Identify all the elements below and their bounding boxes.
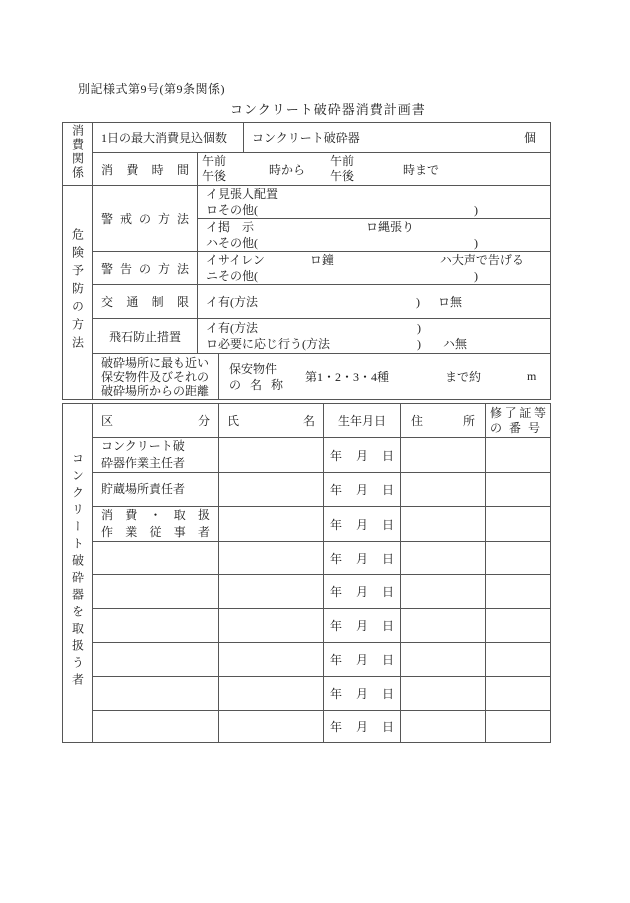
date-placeholder: 年 月 日	[324, 685, 400, 702]
storage-label: 貯蔵場所責任者	[93, 481, 218, 498]
guard-method-label: 警戒の方法	[93, 210, 197, 227]
max-daily-value: コンクリート破砕器	[252, 129, 360, 146]
name-input-cell	[219, 609, 324, 643]
cert-input-cell	[486, 711, 551, 743]
chief-label-l2: 砕器作業主任者	[93, 455, 218, 472]
warning-opt-shout: ハ大声で告げる	[440, 252, 524, 268]
row-label-worker: 消費・取扱 作業従事者	[93, 507, 219, 542]
birth-date-cell: 年 月 日	[324, 575, 401, 609]
security-object-kinds: 第1・2・3・4種	[305, 368, 389, 385]
am-label: 午前	[330, 154, 354, 169]
birth-date-cell: 年 月 日	[324, 643, 401, 677]
guard-opt-other-close: )	[474, 202, 478, 218]
traffic-opt-yes-open: イ有(方法	[206, 294, 258, 310]
security-object-label-l1: 破砕場所に最も近い	[93, 356, 218, 370]
time-label: 消費時間	[93, 161, 197, 178]
birth-date-cell: 年 月 日	[324, 542, 401, 575]
date-placeholder: 年 月 日	[324, 550, 400, 567]
row-label-blank	[93, 643, 219, 677]
header-name: 氏名	[219, 412, 323, 429]
name-input-cell	[219, 643, 324, 677]
cert-input-cell	[486, 677, 551, 711]
stone-prevention-label-cell: 飛石防止措置	[93, 319, 198, 354]
warning-opt-bell: ロ鐘	[310, 252, 334, 268]
guard-method-label-cell: 警戒の方法	[93, 186, 198, 252]
row-label-blank	[93, 609, 219, 643]
warning-method-options: イサイレン ロ鐘 ハ大声で告げる ニその他( )	[198, 252, 551, 285]
row-label-chief: コンクリート破 砕器作業主任者	[93, 438, 219, 473]
row-label-blank	[93, 542, 219, 575]
max-daily-value-cell: コンクリート破砕器 個	[244, 123, 551, 153]
date-placeholder: 年 月 日	[324, 447, 400, 464]
cert-input-cell	[486, 507, 551, 542]
traffic-limit-options: イ有(方法 ) ロ無	[198, 285, 551, 319]
traffic-limit-label: 交通制限	[93, 293, 197, 310]
stone-opt-yes-close: )	[417, 320, 421, 336]
stone-opt-none: ハ無	[443, 336, 467, 352]
guard-opt-other2-close: )	[474, 235, 478, 251]
cert-input-cell	[486, 575, 551, 609]
am-label: 午前	[202, 154, 226, 169]
security-object-value-cell: 保安物件 の名称 第1・2・3・4種 まで約 m	[219, 354, 551, 400]
stone-opt-asneeded-open: ロ必要に応じ行う(方法	[206, 336, 330, 352]
cert-input-cell	[486, 542, 551, 575]
date-placeholder: 年 月 日	[324, 617, 400, 634]
header-cert-cell: 修了証等 の番号	[486, 404, 551, 438]
date-placeholder: 年 月 日	[324, 516, 400, 533]
chief-label-l1: コンクリート破	[93, 438, 218, 455]
guard-opt-rope: ロ縄張り	[366, 219, 414, 235]
time-label-cell: 消費時間	[93, 153, 198, 186]
security-object-label-cell: 破砕場所に最も近い 保安物件及びそれの 破砕場所からの距離	[93, 354, 219, 400]
address-input-cell	[401, 609, 486, 643]
section-consumption-label: 消費関係	[72, 124, 84, 180]
address-input-cell	[401, 473, 486, 507]
max-daily-unit: 個	[524, 129, 536, 146]
security-object-label-l2: 保安物件及びそれの	[93, 370, 218, 384]
header-category: 区分	[93, 412, 218, 429]
cert-input-cell	[486, 473, 551, 507]
form-title: コンクリート破砕器消費計画書	[230, 99, 426, 118]
pm-label: 午後	[330, 169, 354, 184]
date-placeholder: 年 月 日	[324, 481, 400, 498]
header-cert-l2: の番号	[486, 421, 550, 436]
time-value-cell: 午前 午後 時から 午前 午後 時まで	[198, 153, 551, 186]
ampm-block-from: 午前 午後	[202, 154, 226, 184]
address-input-cell	[401, 507, 486, 542]
section-danger-label: 危険予防の方法	[72, 228, 84, 354]
birth-date-cell: 年 月 日	[324, 677, 401, 711]
name-input-cell	[219, 438, 324, 473]
time-to-label: 時まで	[403, 161, 439, 178]
security-object-name-l1: 保安物件	[229, 361, 283, 377]
stone-prevention-label: 飛石防止措置	[93, 328, 197, 345]
stone-opt-asneeded-close: )	[417, 336, 421, 352]
form-page: 別記様式第9号(第9条関係) コンクリート破砕器消費計画書 消費関係 1日の最大…	[0, 0, 630, 903]
cert-input-cell	[486, 609, 551, 643]
row-label-storage: 貯蔵場所責任者	[93, 473, 219, 507]
traffic-opt-yes-close: )	[416, 294, 420, 310]
security-object-name-block: 保安物件 の名称	[229, 361, 283, 393]
header-address: 住所	[401, 412, 485, 429]
date-placeholder: 年 月 日	[324, 718, 400, 735]
birth-date-cell: 年 月 日	[324, 507, 401, 542]
handlers-table: コンクリート破砕器を取扱う者 区分 氏名 生年月日 住所 修了証等 の番号 コン…	[62, 403, 551, 743]
name-input-cell	[219, 575, 324, 609]
cert-input-cell	[486, 643, 551, 677]
pm-label: 午後	[202, 169, 226, 184]
section-consumption-cell: 消費関係	[63, 123, 93, 186]
header-birth-cell: 生年月日	[324, 404, 401, 438]
address-input-cell	[401, 711, 486, 743]
worker-label-l2: 作業従事者	[93, 524, 218, 541]
warning-opt-siren: イサイレン	[206, 252, 265, 268]
birth-date-cell: 年 月 日	[324, 473, 401, 507]
max-daily-label: 1日の最大消費見込個数	[93, 129, 243, 146]
guard-opt-other2-open: ハその他(	[206, 235, 258, 251]
guard-opt-sign: イ掲 示	[206, 219, 254, 235]
row-label-blank	[93, 575, 219, 609]
header-birth: 生年月日	[324, 412, 400, 429]
address-input-cell	[401, 438, 486, 473]
birth-date-cell: 年 月 日	[324, 711, 401, 743]
address-input-cell	[401, 575, 486, 609]
address-input-cell	[401, 542, 486, 575]
time-from-label: 時から	[269, 161, 305, 178]
worker-label-l1: 消費・取扱	[93, 507, 218, 524]
ampm-block-to: 午前 午後	[330, 154, 354, 184]
address-input-cell	[401, 677, 486, 711]
birth-date-cell: 年 月 日	[324, 609, 401, 643]
security-object-distance-label: まで約	[445, 368, 481, 385]
warning-opt-other-open: ニその他(	[206, 268, 258, 284]
security-object-name-l2: の名称	[229, 377, 283, 393]
form-reference: 別記様式第9号(第9条関係)	[78, 80, 225, 97]
max-daily-label-cell: 1日の最大消費見込個数	[93, 123, 244, 153]
date-placeholder: 年 月 日	[324, 651, 400, 668]
section-handlers-label: コンクリート破砕器を取扱う者	[72, 452, 84, 690]
section-danger-cell: 危険予防の方法	[63, 186, 93, 400]
guard-opt-watchman: イ見張人配置	[206, 186, 278, 202]
traffic-limit-label-cell: 交通制限	[93, 285, 198, 319]
name-input-cell	[219, 507, 324, 542]
traffic-opt-no: ロ無	[438, 294, 462, 310]
date-placeholder: 年 月 日	[324, 583, 400, 600]
header-name-cell: 氏名	[219, 404, 324, 438]
address-input-cell	[401, 643, 486, 677]
header-category-cell: 区分	[93, 404, 219, 438]
header-cert-l1: 修了証等	[486, 406, 550, 421]
security-object-label-l3: 破砕場所からの距離	[93, 384, 218, 398]
consumption-plan-table: 消費関係 1日の最大消費見込個数 コンクリート破砕器 個 消費時間 午前	[62, 122, 551, 400]
name-input-cell	[219, 473, 324, 507]
header-address-cell: 住所	[401, 404, 486, 438]
warning-opt-other-close: )	[474, 268, 478, 284]
security-object-distance-unit: m	[527, 369, 536, 384]
warning-method-label-cell: 警告の方法	[93, 252, 198, 285]
cert-input-cell	[486, 438, 551, 473]
warning-method-label: 警告の方法	[93, 260, 197, 277]
section-handlers-cell: コンクリート破砕器を取扱う者	[63, 404, 93, 743]
name-input-cell	[219, 542, 324, 575]
guard-method-options-2: イ掲 示 ロ縄張り ハその他( )	[198, 219, 551, 252]
row-label-blank	[93, 711, 219, 743]
row-label-blank	[93, 677, 219, 711]
stone-prevention-options: イ有(方法 ) ロ必要に応じ行う(方法 ) ハ無	[198, 319, 551, 354]
name-input-cell	[219, 677, 324, 711]
guard-opt-other-open: ロその他(	[206, 202, 258, 218]
stone-opt-yes-open: イ有(方法	[206, 320, 258, 336]
birth-date-cell: 年 月 日	[324, 438, 401, 473]
name-input-cell	[219, 711, 324, 743]
guard-method-options-1: イ見張人配置 ロその他( )	[198, 186, 551, 219]
